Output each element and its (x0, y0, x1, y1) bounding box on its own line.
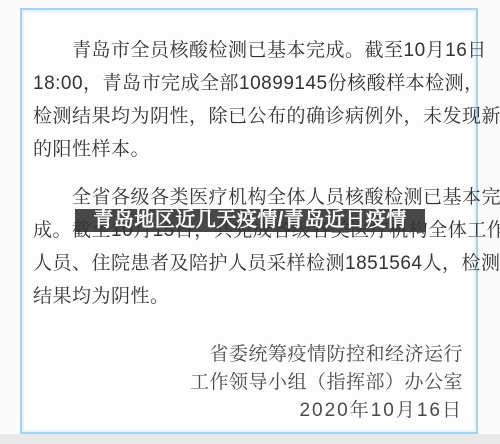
signature-org-line1: 省委统筹疫情防控和经济运行 (190, 341, 463, 369)
signature-block: 省委统筹疫情防控和经济运行 工作领导小组（指挥部）办公室 2020年10月16日 (190, 341, 463, 425)
paragraph1-line2: 18:00，青岛市完成全部10899145份核酸样本检测， (33, 67, 465, 100)
paragraph-2: 全省各级各类医疗机构全体人员核酸检测已基本完 成。截至10月15日，共完成各级各… (33, 181, 465, 313)
bottom-strip (0, 434, 500, 444)
paragraph1-line1: 青岛市全员核酸检测已基本完成。截至10月16日 (33, 34, 465, 67)
title-banner-text: 青岛地区近几天疫情/青岛近日疫情 (93, 209, 407, 231)
signature-date: 2020年10月16日 (190, 397, 463, 425)
paragraph1-line4: 的阳性样本。 (33, 133, 465, 166)
paragraph2-line3: 人员、住院患者及陪护人员采样检测1851564人，检测 (33, 247, 465, 280)
announcement-card: 青岛市全员核酸检测已基本完成。截至10月16日 18:00，青岛市完成全部108… (20, 8, 478, 434)
paragraph2-line4: 结果均为阴性。 (33, 280, 465, 313)
signature-org-line2: 工作领导小组（指挥部）办公室 (190, 369, 463, 397)
paragraph-1: 青岛市全员核酸检测已基本完成。截至10月16日 18:00，青岛市完成全部108… (33, 34, 465, 166)
paragraph1-line3: 检测结果均为阴性，除已公布的确诊病例外，未发现新 (33, 100, 465, 133)
title-banner-overlay: 青岛地区近几天疫情/青岛近日疫情 (75, 209, 425, 232)
page-background: 青岛市全员核酸检测已基本完成。截至10月16日 18:00，青岛市完成全部108… (0, 0, 500, 444)
